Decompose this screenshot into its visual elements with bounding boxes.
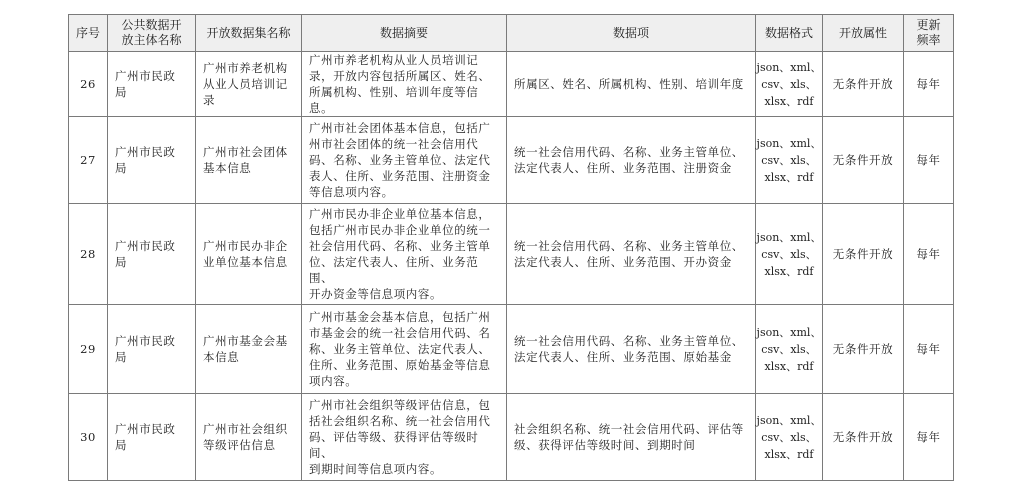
table-row: 27 广州市民政 局 广州市社会团体 基本信息 广州市社会团体基本信息，包括广 … — [69, 117, 954, 204]
row-open-type: 无条件开放 — [823, 429, 903, 445]
row-update-freq: 每年 — [904, 341, 953, 357]
header-index-label: 序号 — [69, 26, 107, 41]
cell-update-freq: 每年 — [904, 204, 954, 305]
header-format-label: 数据格式 — [756, 26, 822, 41]
row-dataset-name: 广州市养老机构 从业人员培训记 录 — [203, 60, 296, 108]
header-data-items: 数据项 — [507, 15, 756, 52]
cell-index: 29 — [69, 305, 108, 394]
header-dataset-name: 开放数据集名称 — [196, 15, 302, 52]
row-summary: 广州市基金会基本信息，包括广州 市基金会的统一社会信用代码、名 称、业务主管单位… — [309, 309, 501, 389]
header-dataset-name-label: 开放数据集名称 — [196, 26, 301, 41]
cell-index: 26 — [69, 52, 108, 117]
header-publisher: 公共数据开 放主体名称 — [108, 15, 196, 52]
cell-data-items: 所属区、姓名、所属机构、性别、培训年度 — [507, 52, 756, 117]
row-summary: 广州市社会团体基本信息，包括广 州市社会团体的统一社会信用代 码、名称、业务主管… — [309, 120, 501, 200]
row-dataset-name: 广州市社会团体 基本信息 — [203, 144, 296, 176]
row-data-items: 所属区、姓名、所属机构、性别、培训年度 — [514, 76, 750, 92]
row-publisher: 广州市民政 局 — [115, 144, 190, 176]
row-summary: 广州市民办非企业单位基本信息， 包括广州市民办非企业单位的统一 社会信用代码、名… — [309, 206, 501, 302]
cell-index: 28 — [69, 204, 108, 305]
cell-update-freq: 每年 — [904, 305, 954, 394]
row-dataset-name: 广州市民办非企 业单位基本信息 — [203, 238, 296, 270]
cell-data-items: 统一社会信用代码、名称、业务主管单位、 法定代表人、住所、业务范围、原始基金 — [507, 305, 756, 394]
row-update-freq: 每年 — [904, 429, 953, 445]
cell-update-freq: 每年 — [904, 394, 954, 481]
row-format: json、xml、 csv、xls、 xlsx、rdf — [756, 324, 822, 375]
open-data-catalog-table: 序号 公共数据开 放主体名称 开放数据集名称 数据摘要 数据项 数据格式 开放属… — [68, 14, 954, 481]
cell-open-type: 无条件开放 — [823, 305, 904, 394]
cell-format: json、xml、 csv、xls、 xlsx、rdf — [756, 394, 823, 481]
header-open-type: 开放属性 — [823, 15, 904, 52]
row-open-type: 无条件开放 — [823, 246, 903, 262]
cell-index: 30 — [69, 394, 108, 481]
row-format: json、xml、 csv、xls、 xlsx、rdf — [756, 412, 822, 463]
table-row: 26 广州市民政 局 广州市养老机构 从业人员培训记 录 广州市养老机构从业人员… — [69, 52, 954, 117]
cell-summary: 广州市社会团体基本信息，包括广 州市社会团体的统一社会信用代 码、名称、业务主管… — [302, 117, 507, 204]
row-data-items: 统一社会信用代码、名称、业务主管单位、 法定代表人、住所、业务范围、开办资金 — [514, 238, 750, 270]
row-open-type: 无条件开放 — [823, 152, 903, 168]
header-data-items-label: 数据项 — [507, 26, 755, 41]
row-format: json、xml、 csv、xls、 xlsx、rdf — [756, 229, 822, 280]
row-index: 29 — [69, 341, 107, 357]
row-update-freq: 每年 — [904, 152, 953, 168]
cell-format: json、xml、 csv、xls、 xlsx、rdf — [756, 117, 823, 204]
cell-summary: 广州市养老机构从业人员培训记 录，开放内容包括所属区、姓名、 所属机构、性别、培… — [302, 52, 507, 117]
cell-dataset-name: 广州市社会团体 基本信息 — [196, 117, 302, 204]
row-data-items: 统一社会信用代码、名称、业务主管单位、 法定代表人、住所、业务范围、原始基金 — [514, 333, 750, 365]
cell-publisher: 广州市民政 局 — [108, 52, 196, 117]
row-index: 30 — [69, 429, 107, 445]
cell-dataset-name: 广州市基金会基 本信息 — [196, 305, 302, 394]
header-publisher-label: 公共数据开 放主体名称 — [108, 18, 195, 48]
row-index: 28 — [69, 246, 107, 262]
header-open-type-label: 开放属性 — [823, 26, 903, 41]
cell-format: json、xml、 csv、xls、 xlsx、rdf — [756, 52, 823, 117]
cell-publisher: 广州市民政 局 — [108, 204, 196, 305]
cell-format: json、xml、 csv、xls、 xlsx、rdf — [756, 204, 823, 305]
cell-update-freq: 每年 — [904, 117, 954, 204]
cell-dataset-name: 广州市社会组织 等级评估信息 — [196, 394, 302, 481]
header-summary: 数据摘要 — [302, 15, 507, 52]
cell-data-items: 统一社会信用代码、名称、业务主管单位、 法定代表人、住所、业务范围、注册资金 — [507, 117, 756, 204]
cell-summary: 广州市社会组织等级评估信息，包 括社会组织名称、统一社会信用代 码、评估等级、获… — [302, 394, 507, 481]
table-row: 28 广州市民政 局 广州市民办非企 业单位基本信息 广州市民办非企业单位基本信… — [69, 204, 954, 305]
header-update-freq-label: 更新 频率 — [904, 18, 953, 48]
cell-format: json、xml、 csv、xls、 xlsx、rdf — [756, 305, 823, 394]
row-dataset-name: 广州市社会组织 等级评估信息 — [203, 421, 296, 453]
row-publisher: 广州市民政 局 — [115, 333, 190, 365]
row-index: 27 — [69, 152, 107, 168]
row-format: json、xml、 csv、xls、 xlsx、rdf — [756, 135, 822, 186]
row-index: 26 — [69, 76, 107, 92]
row-summary: 广州市养老机构从业人员培训记 录，开放内容包括所属区、姓名、 所属机构、性别、培… — [309, 52, 501, 116]
row-open-type: 无条件开放 — [823, 341, 903, 357]
table-row: 29 广州市民政 局 广州市基金会基 本信息 广州市基金会基本信息，包括广州 市… — [69, 305, 954, 394]
cell-open-type: 无条件开放 — [823, 117, 904, 204]
cell-publisher: 广州市民政 局 — [108, 305, 196, 394]
cell-data-items: 社会组织名称、统一社会信用代码、评估等 级、获得评估等级时间、到期时间 — [507, 394, 756, 481]
row-update-freq: 每年 — [904, 76, 953, 92]
cell-data-items: 统一社会信用代码、名称、业务主管单位、 法定代表人、住所、业务范围、开办资金 — [507, 204, 756, 305]
cell-publisher: 广州市民政 局 — [108, 394, 196, 481]
cell-open-type: 无条件开放 — [823, 394, 904, 481]
row-publisher: 广州市民政 局 — [115, 421, 190, 453]
cell-index: 27 — [69, 117, 108, 204]
row-publisher: 广州市民政 局 — [115, 68, 190, 100]
cell-dataset-name: 广州市养老机构 从业人员培训记 录 — [196, 52, 302, 117]
cell-summary: 广州市民办非企业单位基本信息， 包括广州市民办非企业单位的统一 社会信用代码、名… — [302, 204, 507, 305]
header-format: 数据格式 — [756, 15, 823, 52]
header-summary-label: 数据摘要 — [302, 26, 506, 41]
cell-open-type: 无条件开放 — [823, 204, 904, 305]
cell-update-freq: 每年 — [904, 52, 954, 117]
row-format: json、xml、 csv、xls、 xlsx、rdf — [756, 59, 822, 110]
cell-open-type: 无条件开放 — [823, 52, 904, 117]
header-update-freq: 更新 频率 — [904, 15, 954, 52]
row-summary: 广州市社会组织等级评估信息，包 括社会组织名称、统一社会信用代 码、评估等级、获… — [309, 397, 501, 477]
row-data-items: 社会组织名称、统一社会信用代码、评估等 级、获得评估等级时间、到期时间 — [514, 421, 750, 453]
header-index: 序号 — [69, 15, 108, 52]
row-data-items: 统一社会信用代码、名称、业务主管单位、 法定代表人、住所、业务范围、注册资金 — [514, 144, 750, 176]
row-open-type: 无条件开放 — [823, 76, 903, 92]
table-header: 序号 公共数据开 放主体名称 开放数据集名称 数据摘要 数据项 数据格式 开放属… — [69, 15, 954, 52]
cell-dataset-name: 广州市民办非企 业单位基本信息 — [196, 204, 302, 305]
row-publisher: 广州市民政 局 — [115, 238, 190, 270]
row-update-freq: 每年 — [904, 246, 953, 262]
header-row: 序号 公共数据开 放主体名称 开放数据集名称 数据摘要 数据项 数据格式 开放属… — [69, 15, 954, 52]
row-dataset-name: 广州市基金会基 本信息 — [203, 333, 296, 365]
cell-publisher: 广州市民政 局 — [108, 117, 196, 204]
cell-summary: 广州市基金会基本信息，包括广州 市基金会的统一社会信用代码、名 称、业务主管单位… — [302, 305, 507, 394]
table-row: 30 广州市民政 局 广州市社会组织 等级评估信息 广州市社会组织等级评估信息，… — [69, 394, 954, 481]
table-body: 26 广州市民政 局 广州市养老机构 从业人员培训记 录 广州市养老机构从业人员… — [69, 52, 954, 481]
